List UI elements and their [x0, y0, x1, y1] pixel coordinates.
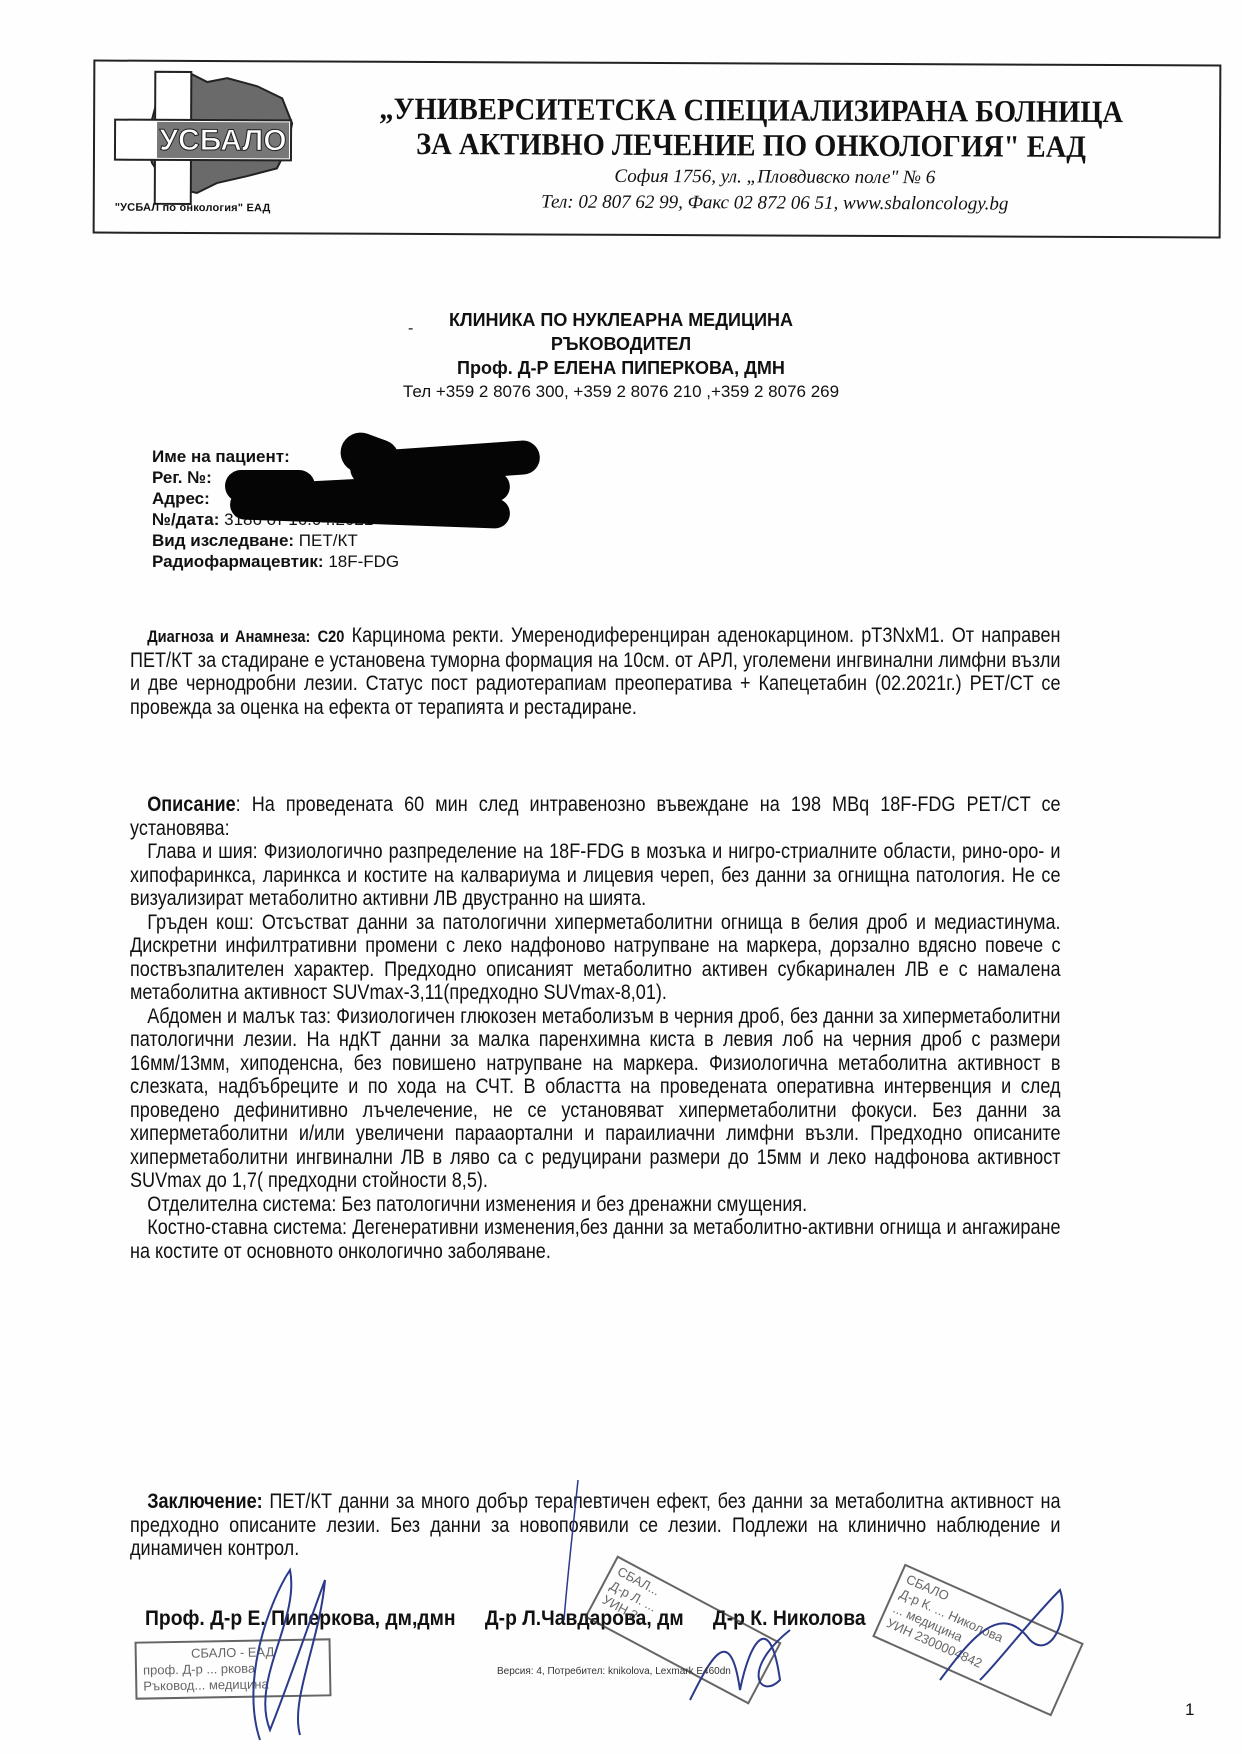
- patient-reg-label: Рег. №:: [152, 468, 212, 487]
- patient-name-label: Име на пациент:: [152, 447, 290, 466]
- head-neck-finding: Глава и шия: Физиологично разпределение …: [130, 840, 1061, 911]
- conclusion-label: Заключение:: [147, 1490, 262, 1513]
- stamp-nikolova: СБАЛО Д-р К. ... Николова ... медицина У…: [872, 1564, 1084, 1717]
- description-intro: : На проведената 60 мин след интравенозн…: [130, 793, 1061, 840]
- study-type-value: ПЕТ/КТ: [299, 531, 358, 550]
- signatures: Проф. Д-р Е. Пиперкова, дм,дмн Д-р Л.Чав…: [145, 1607, 889, 1631]
- number-date-label: №/дата:: [152, 510, 219, 529]
- hospital-name-line1: „УНИВЕРСИТЕТСКА СПЕЦИАЛИЗИРАНА БОЛНИЦА: [360, 91, 1142, 129]
- diagnosis-label: Диагноза и Анамнеза:: [147, 627, 310, 646]
- excretory-finding: Отделителна система: Без патологични изм…: [130, 1193, 1061, 1217]
- radiopharm-row: Радиофармацевтик: 18F-FDG: [152, 551, 518, 572]
- hospital-street: София 1756, ул. „Пловдивско поле" № 6: [360, 163, 1190, 193]
- clinic-head: Проф. Д-Р ЕЛЕНА ПИПЕРКОВА, ДМН: [0, 356, 1242, 380]
- hospital-address: София 1756, ул. „Пловдивско поле" № 6 Те…: [360, 163, 1190, 219]
- study-type-row: Вид изследване: ПЕТ/КТ: [152, 530, 518, 551]
- skeletal-finding: Костно-ставна система: Дегенеративни изм…: [130, 1216, 1061, 1263]
- svg-text:УСБАЛО: УСБАЛО: [159, 124, 286, 158]
- patient-address-label: Адрес:: [152, 489, 210, 508]
- clinic-role: РЪКОВОДИТЕЛ: [0, 332, 1242, 356]
- conclusion-text: ПЕТ/КТ данни за много добър терапевтичен…: [130, 1490, 1061, 1560]
- logo-caption: "УСБАЛ по онкология" ЕАД: [115, 202, 271, 215]
- stamp-line: Ръковод... медицина: [143, 1675, 323, 1694]
- description-label: Описание: [147, 793, 235, 816]
- study-type-label: Вид изследване:: [152, 531, 294, 550]
- radiopharm-value: 18F-FDG: [328, 552, 399, 571]
- radiopharm-label: Радиофармацевтик:: [152, 552, 324, 571]
- clinic-header: КЛИНИКА ПО НУКЛЕАРНА МЕДИЦИНА РЪКОВОДИТЕ…: [0, 308, 1242, 404]
- stamp-chavdarova: СБАЛ... Д-р Л. ... УИН 2...: [584, 1555, 781, 1704]
- print-version: Версия: 4, Потребител: knikolova, Lexmar…: [497, 1666, 731, 1677]
- clinic-name: КЛИНИКА ПО НУКЛЕАРНА МЕДИЦИНА: [0, 308, 1242, 332]
- hospital-name: „УНИВЕРСИТЕТСКА СПЕЦИАЛИЗИРАНА БОЛНИЦА З…: [360, 91, 1142, 164]
- stamp-line: Д-р Л. ...: [607, 1578, 765, 1672]
- diagnosis-code: C20: [318, 627, 345, 646]
- description-section: Описание: На проведената 60 мин след инт…: [130, 793, 1061, 1263]
- hospital-name-line2: ЗА АКТИВНО ЛЕЧЕНИЕ ПО ОНКОЛОГИЯ" ЕАД: [360, 126, 1142, 164]
- diagnosis-section: Диагноза и Анамнеза: C20 Карцинома ректи…: [130, 624, 1061, 719]
- conclusion-section: Заключение: ПЕТ/КТ данни за много добър …: [130, 1490, 1061, 1561]
- signature-piperkova: Проф. Д-р Е. Пиперкова, дм,дмн: [145, 1607, 456, 1630]
- letterhead: УСБАЛО "УСБАЛ по онкология" ЕАД „УНИВЕРС…: [93, 60, 1222, 239]
- report-page: УСБАЛО "УСБАЛ по онкология" ЕАД „УНИВЕРС…: [0, 0, 1242, 1754]
- hospital-contacts: Тел: 02 807 62 99, Факс 02 872 06 51, ww…: [360, 189, 1190, 219]
- stamp-piperkova: СБАЛО - ЕАД проф. Д-р ... ркова Ръковод.…: [135, 1638, 332, 1699]
- clinic-phones: Тел +359 2 8076 300, +359 2 8076 210 ,+3…: [0, 380, 1242, 404]
- page-number: 1: [1185, 1700, 1194, 1720]
- chest-finding: Гръден кош: Отсъстват данни за патологич…: [130, 911, 1061, 1005]
- hospital-logo: УСБАЛО: [107, 68, 308, 224]
- abdomen-finding: Абдомен и малък таз: Физиологичен глюкоз…: [130, 1005, 1061, 1193]
